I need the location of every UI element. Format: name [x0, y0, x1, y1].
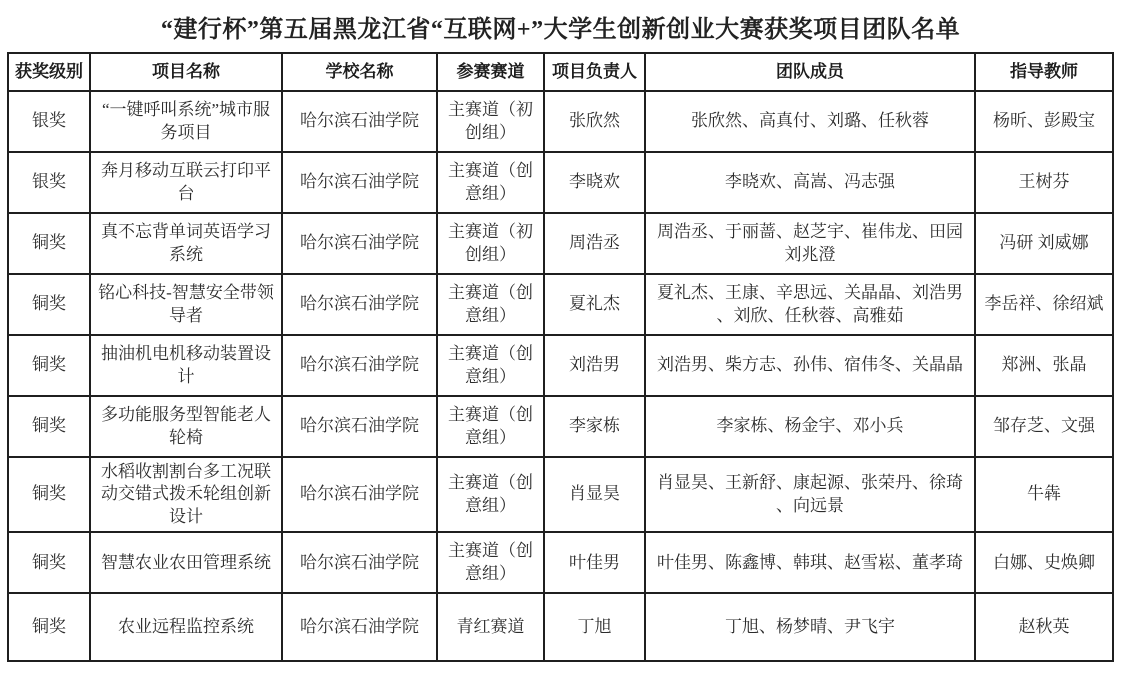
- project-leader-cell: 丁旭: [544, 593, 645, 661]
- project-name-cell: “一键呼叫系统”城市服务项目: [90, 91, 282, 152]
- award-level-cell: 铜奖: [8, 532, 90, 593]
- advisors-cell: 郑洲、张晶: [975, 335, 1113, 396]
- award-level-cell: 银奖: [8, 152, 90, 213]
- track-cell: 主赛道（创意组）: [437, 457, 544, 532]
- advisors-cell: 邹存芝、文强: [975, 396, 1113, 457]
- project-name-cell: 农业远程监控系统: [90, 593, 282, 661]
- school-name-cell: 哈尔滨石油学院: [282, 213, 437, 274]
- school-name-cell: 哈尔滨石油学院: [282, 274, 437, 335]
- project-leader-cell: 周浩丞: [544, 213, 645, 274]
- project-name-cell: 智慧农业农田管理系统: [90, 532, 282, 593]
- table-row: 铜奖 水稻收割割台多工况联动交错式拨禾轮组创新设计 哈尔滨石油学院 主赛道（创意…: [8, 457, 1113, 532]
- advisors-cell: 王树芬: [975, 152, 1113, 213]
- school-name-cell: 哈尔滨石油学院: [282, 593, 437, 661]
- track-cell: 主赛道（初创组）: [437, 213, 544, 274]
- table-row: 银奖 奔月移动互联云打印平台 哈尔滨石油学院 主赛道（创意组） 李晓欢 李晓欢、…: [8, 152, 1113, 213]
- header-award-level: 获奖级别: [8, 53, 90, 91]
- header-track: 参赛赛道: [437, 53, 544, 91]
- project-name-cell: 真不忘背单词英语学习系统: [90, 213, 282, 274]
- header-row: 获奖级别 项目名称 学校名称 参赛赛道 项目负责人 团队成员 指导教师: [8, 53, 1113, 91]
- project-name-cell: 铭心科技-智慧安全带领导者: [90, 274, 282, 335]
- team-members-cell: 肖显昊、王新舒、康起源、张荣丹、徐琦、向远景: [645, 457, 975, 532]
- header-advisors: 指导教师: [975, 53, 1113, 91]
- track-cell: 青红赛道: [437, 593, 544, 661]
- team-members-cell: 张欣然、高真付、刘璐、任秋蓉: [645, 91, 975, 152]
- school-name-cell: 哈尔滨石油学院: [282, 152, 437, 213]
- header-project-leader: 项目负责人: [544, 53, 645, 91]
- table-header: 获奖级别 项目名称 学校名称 参赛赛道 项目负责人 团队成员 指导教师: [8, 53, 1113, 91]
- table-row: 铜奖 农业远程监控系统 哈尔滨石油学院 青红赛道 丁旭 丁旭、杨梦晴、尹飞宇 赵…: [8, 593, 1113, 661]
- project-leader-cell: 夏礼杰: [544, 274, 645, 335]
- project-leader-cell: 叶佳男: [544, 532, 645, 593]
- track-cell: 主赛道（创意组）: [437, 396, 544, 457]
- track-cell: 主赛道（初创组）: [437, 91, 544, 152]
- header-project-name: 项目名称: [90, 53, 282, 91]
- school-name-cell: 哈尔滨石油学院: [282, 91, 437, 152]
- team-members-cell: 丁旭、杨梦晴、尹飞宇: [645, 593, 975, 661]
- project-name-cell: 水稻收割割台多工况联动交错式拨禾轮组创新设计: [90, 457, 282, 532]
- team-members-cell: 叶佳男、陈鑫博、韩琪、赵雪崧、董孝琦: [645, 532, 975, 593]
- school-name-cell: 哈尔滨石油学院: [282, 532, 437, 593]
- awards-table: 获奖级别 项目名称 学校名称 参赛赛道 项目负责人 团队成员 指导教师 银奖 “…: [7, 52, 1114, 662]
- table-row: 铜奖 铭心科技-智慧安全带领导者 哈尔滨石油学院 主赛道（创意组） 夏礼杰 夏礼…: [8, 274, 1113, 335]
- project-name-cell: 多功能服务型智能老人轮椅: [90, 396, 282, 457]
- table-body: 银奖 “一键呼叫系统”城市服务项目 哈尔滨石油学院 主赛道（初创组） 张欣然 张…: [8, 91, 1113, 661]
- advisors-cell: 杨昕、彭殿宝: [975, 91, 1113, 152]
- track-cell: 主赛道（创意组）: [437, 274, 544, 335]
- table-row: 铜奖 智慧农业农田管理系统 哈尔滨石油学院 主赛道（创意组） 叶佳男 叶佳男、陈…: [8, 532, 1113, 593]
- award-level-cell: 铜奖: [8, 335, 90, 396]
- project-leader-cell: 李家栋: [544, 396, 645, 457]
- team-members-cell: 周浩丞、于丽蔷、赵芝宇、崔伟龙、田园 刘兆澄: [645, 213, 975, 274]
- advisors-cell: 冯研 刘威娜: [975, 213, 1113, 274]
- project-leader-cell: 肖显昊: [544, 457, 645, 532]
- project-name-cell: 奔月移动互联云打印平台: [90, 152, 282, 213]
- page: “建行杯”第五届黑龙江省“互联网+”大学生创新创业大赛获奖项目团队名单 获奖级别…: [0, 0, 1121, 675]
- project-leader-cell: 张欣然: [544, 91, 645, 152]
- advisors-cell: 赵秋英: [975, 593, 1113, 661]
- table-row: 铜奖 多功能服务型智能老人轮椅 哈尔滨石油学院 主赛道（创意组） 李家栋 李家栋…: [8, 396, 1113, 457]
- project-leader-cell: 刘浩男: [544, 335, 645, 396]
- award-level-cell: 铜奖: [8, 593, 90, 661]
- project-leader-cell: 李晓欢: [544, 152, 645, 213]
- team-members-cell: 刘浩男、柴方志、孙伟、宿伟冬、关晶晶: [645, 335, 975, 396]
- header-team-members: 团队成员: [645, 53, 975, 91]
- team-members-cell: 李晓欢、高嵩、冯志强: [645, 152, 975, 213]
- award-level-cell: 银奖: [8, 91, 90, 152]
- table-row: 铜奖 抽油机电机移动装置设计 哈尔滨石油学院 主赛道（创意组） 刘浩男 刘浩男、…: [8, 335, 1113, 396]
- award-level-cell: 铜奖: [8, 274, 90, 335]
- school-name-cell: 哈尔滨石油学院: [282, 396, 437, 457]
- advisors-cell: 牛犇: [975, 457, 1113, 532]
- advisors-cell: 白娜、史焕卿: [975, 532, 1113, 593]
- team-members-cell: 李家栋、杨金宇、邓小兵: [645, 396, 975, 457]
- award-level-cell: 铜奖: [8, 213, 90, 274]
- school-name-cell: 哈尔滨石油学院: [282, 457, 437, 532]
- page-title: “建行杯”第五届黑龙江省“互联网+”大学生创新创业大赛获奖项目团队名单: [0, 0, 1121, 52]
- track-cell: 主赛道（创意组）: [437, 152, 544, 213]
- table-row: 银奖 “一键呼叫系统”城市服务项目 哈尔滨石油学院 主赛道（初创组） 张欣然 张…: [8, 91, 1113, 152]
- award-level-cell: 铜奖: [8, 457, 90, 532]
- track-cell: 主赛道（创意组）: [437, 335, 544, 396]
- project-name-cell: 抽油机电机移动装置设计: [90, 335, 282, 396]
- track-cell: 主赛道（创意组）: [437, 532, 544, 593]
- award-level-cell: 铜奖: [8, 396, 90, 457]
- team-members-cell: 夏礼杰、王康、辛思远、关晶晶、刘浩男、刘欣、任秋蓉、高雅茹: [645, 274, 975, 335]
- header-school-name: 学校名称: [282, 53, 437, 91]
- table-row: 铜奖 真不忘背单词英语学习系统 哈尔滨石油学院 主赛道（初创组） 周浩丞 周浩丞…: [8, 213, 1113, 274]
- school-name-cell: 哈尔滨石油学院: [282, 335, 437, 396]
- advisors-cell: 李岳祥、徐绍斌: [975, 274, 1113, 335]
